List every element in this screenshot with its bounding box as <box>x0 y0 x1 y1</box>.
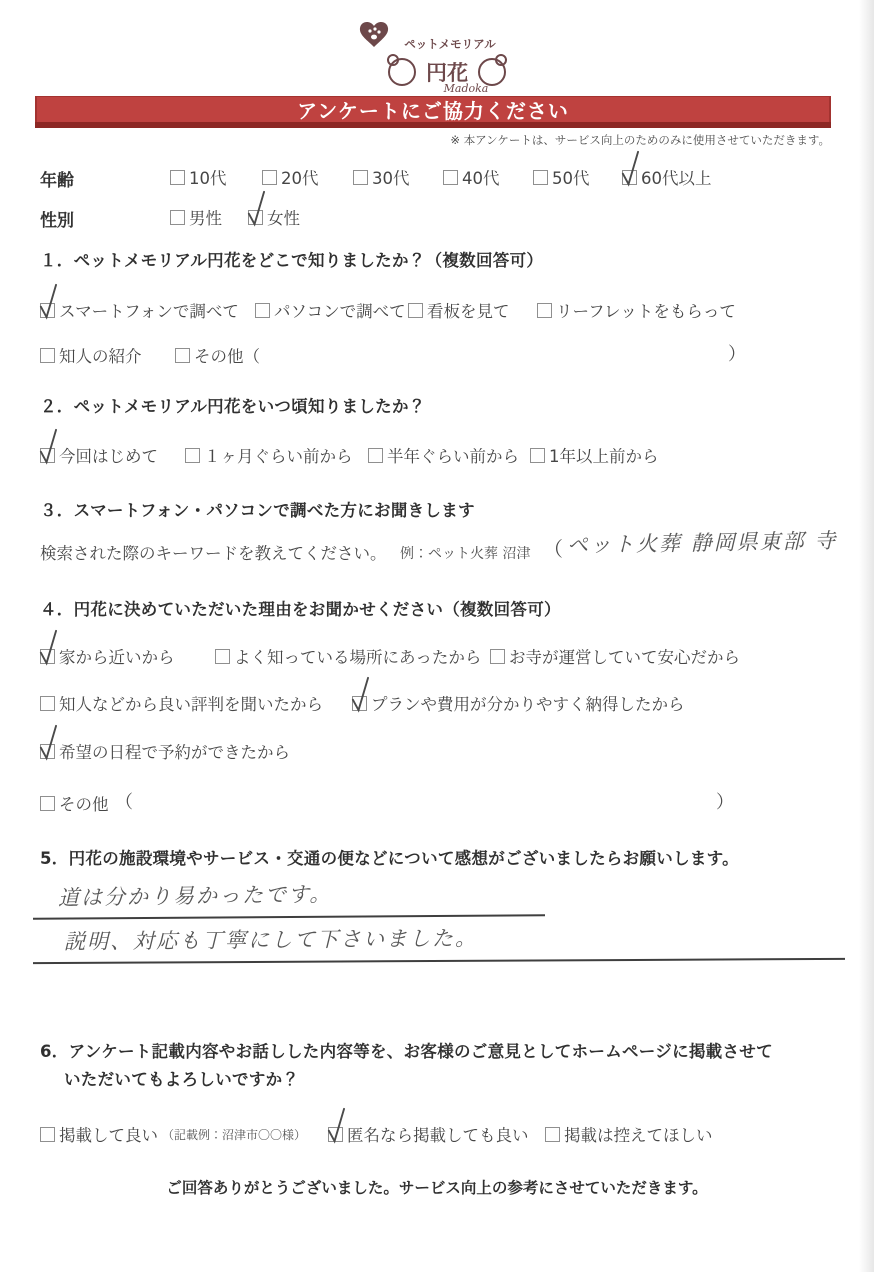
option-label: 匿名なら掲載しても良い <box>347 1122 529 1146</box>
q4-option-reputation[interactable]: 知人などから良い評判を聞いたから <box>40 691 323 715</box>
option-label: 看板を見て <box>427 298 510 322</box>
survey-title-banner: アンケートにご協力ください <box>35 96 831 128</box>
logo-brand-small: ペットメモリアル <box>404 37 496 51</box>
option-label: その他 <box>59 791 109 815</box>
option-label: 60代以上 <box>641 165 712 189</box>
checkmark-icon <box>36 723 59 761</box>
checkmark-icon <box>244 189 267 227</box>
heart-icon <box>360 22 388 47</box>
checkbox[interactable] <box>490 649 505 664</box>
q1-option-referral[interactable]: 知人の紹介 <box>40 343 142 367</box>
checkbox[interactable] <box>248 210 263 225</box>
option-label: 女性 <box>267 205 300 229</box>
q1-other-close-paren: ） <box>728 340 746 366</box>
q4-option-other[interactable]: その他 <box>40 791 109 815</box>
option-label: リーフレットをもらって <box>556 298 736 322</box>
option-label: 10代 <box>189 165 227 189</box>
logo-brand-script: Madoka <box>443 82 489 94</box>
q1-option-pc[interactable]: パソコンで調べて <box>255 298 406 322</box>
survey-page: ペットメモリアル 円花 Madoka アンケートにご協力ください ※ 本アンケー… <box>0 0 874 1272</box>
checkmark-icon <box>36 282 59 320</box>
q4-option-clear-pricing[interactable]: プランや費用が分かりやすく納得したから <box>352 691 685 715</box>
q1-option-signboard[interactable]: 看板を見て <box>408 298 510 322</box>
checkbox[interactable] <box>40 744 55 759</box>
age-option-60s-plus[interactable]: 60代以上 <box>622 165 712 189</box>
option-label: 30代 <box>372 165 410 189</box>
checkbox[interactable] <box>408 303 423 318</box>
checkbox[interactable] <box>530 448 545 463</box>
option-label: プランや費用が分かりやすく納得したから <box>371 691 685 715</box>
option-label: 20代 <box>281 165 319 189</box>
question-2-title: ２．ペットメモリアル円花をいつ頃知りましたか？ <box>40 393 426 417</box>
checkbox[interactable] <box>262 170 277 185</box>
checkbox[interactable] <box>40 1127 55 1142</box>
option-label: 50代 <box>552 165 590 189</box>
q2-option-1month[interactable]: １ヶ月ぐらい前から <box>185 443 353 467</box>
q3-open-paren: （ <box>543 533 563 562</box>
option-label: お寺が運営していて安心だから <box>509 644 740 668</box>
q3-prompt: 検索された際のキーワードを教えてください。 <box>40 540 387 564</box>
survey-title: アンケートにご協力ください <box>297 95 569 124</box>
checkbox[interactable] <box>175 348 190 363</box>
q4-option-near-home[interactable]: 家から近いから <box>40 644 175 668</box>
question-6-title-line2: いただいてもよろしいですか？ <box>64 1066 299 1090</box>
age-option-50s[interactable]: 50代 <box>533 165 590 189</box>
checkbox[interactable] <box>328 1127 343 1142</box>
option-label: スマートフォンで調べて <box>59 298 239 322</box>
checkbox[interactable] <box>215 649 230 664</box>
checkbox[interactable] <box>255 303 270 318</box>
option-label: 家から近いから <box>59 644 175 668</box>
checkbox[interactable] <box>545 1127 560 1142</box>
checkbox[interactable] <box>443 170 458 185</box>
question-6-title-line1: 6．アンケート記載内容やお話しした内容等を、お客様のご意見としてホームページに掲… <box>40 1038 773 1062</box>
q4-option-temple-run[interactable]: お寺が運営していて安心だから <box>490 644 740 668</box>
q4-option-preferred-date[interactable]: 希望の日程で予約ができたから <box>40 739 290 763</box>
option-label: 希望の日程で予約ができたから <box>59 739 290 763</box>
scan-edge-shadow <box>859 0 874 1272</box>
checkmark-icon <box>36 427 59 465</box>
checkbox[interactable] <box>185 448 200 463</box>
answer-line[interactable] <box>33 914 545 920</box>
age-option-40s[interactable]: 40代 <box>443 165 500 189</box>
option-label: 半年ぐらい前から <box>387 443 519 467</box>
option-label: その他（ <box>194 343 260 367</box>
option-label: 掲載は控えてほしい <box>564 1122 713 1146</box>
checkmark-icon <box>36 628 59 666</box>
option-label: 1年以上前から <box>549 443 659 467</box>
q5-handwritten-line-2[interactable]: 説明、対応も丁寧にして下さいました。 <box>64 922 478 956</box>
q4-other-close-paren: ） <box>716 788 734 814</box>
question-3-title: ３．スマートフォン・パソコンで調べた方にお聞きします <box>40 497 475 521</box>
madoka-logo: ペットメモリアル 円花 Madoka <box>352 18 522 94</box>
checkbox[interactable] <box>352 696 367 711</box>
question-5-title: 5．円花の施設環境やサービス・交通の便などについて感想がございましたらお願いしま… <box>40 845 739 869</box>
option-label: 40代 <box>462 165 500 189</box>
q6-option-publish-ok[interactable]: 掲載して良い （記載例：沼津市〇〇様） <box>40 1122 306 1146</box>
q1-option-other[interactable]: その他（ <box>175 343 260 367</box>
checkmark-icon <box>618 149 641 187</box>
option-label: パソコンで調べて <box>274 298 406 322</box>
age-label: 年齢 <box>40 166 74 191</box>
q4-option-known-place[interactable]: よく知っている場所にあったから <box>215 644 481 668</box>
checkbox[interactable] <box>537 303 552 318</box>
checkbox[interactable] <box>353 170 368 185</box>
option-label: 男性 <box>189 205 222 229</box>
q4-other-open-paren: （ <box>115 788 133 814</box>
gender-label: 性別 <box>40 206 74 231</box>
checkmark-icon <box>348 675 371 713</box>
checkmark-icon <box>324 1106 347 1144</box>
checkbox[interactable] <box>170 210 185 225</box>
q3-handwritten-answer[interactable]: ペット火葬 静岡県東部 寺 <box>567 525 838 560</box>
option-label: よく知っている場所にあったから <box>234 644 481 668</box>
option-label: 知人の紹介 <box>59 343 142 367</box>
checkbox[interactable] <box>40 796 55 811</box>
checkbox[interactable] <box>40 303 55 318</box>
gender-option-male[interactable]: 男性 <box>170 205 222 229</box>
question-4-title: ４．円花に決めていただいた理由をお聞かせください（複数回答可） <box>40 596 561 620</box>
checkbox[interactable] <box>622 170 637 185</box>
q6-publish-example-note: （記載例：沼津市〇〇様） <box>162 1126 306 1143</box>
checkbox[interactable] <box>170 170 185 185</box>
gender-option-female[interactable]: 女性 <box>248 205 300 229</box>
q5-handwritten-line-1[interactable]: 道は分かり易かったです。 <box>58 878 333 912</box>
q3-example: 例：ペット火葬 沼津 <box>400 543 530 563</box>
option-label: １ヶ月ぐらい前から <box>204 443 353 467</box>
q1-option-smartphone[interactable]: スマートフォンで調べて <box>40 298 239 322</box>
option-label: 今回はじめて <box>59 443 158 467</box>
q6-option-no-publish[interactable]: 掲載は控えてほしい <box>545 1122 713 1146</box>
checkbox[interactable] <box>40 696 55 711</box>
age-option-30s[interactable]: 30代 <box>353 165 410 189</box>
thank-you-message: ご回答ありがとうございました。サービス向上の参考にさせていただきます。 <box>0 1176 874 1198</box>
q2-option-1year-plus[interactable]: 1年以上前から <box>530 443 659 467</box>
checkbox[interactable] <box>368 448 383 463</box>
q2-option-half-year[interactable]: 半年ぐらい前から <box>368 443 519 467</box>
dog-left-icon <box>389 59 415 85</box>
option-label: 知人などから良い評判を聞いたから <box>59 691 323 715</box>
age-option-20s[interactable]: 20代 <box>262 165 319 189</box>
checkbox[interactable] <box>40 348 55 363</box>
q6-option-anonymous-ok[interactable]: 匿名なら掲載しても良い <box>328 1122 529 1146</box>
question-1-title: １．ペットメモリアル円花をどこで知りましたか？（複数回答可） <box>40 247 543 271</box>
purpose-note: ※ 本アンケートは、サービス向上のためのみに使用させていただきます。 <box>450 132 830 148</box>
option-label: 掲載して良い <box>59 1122 158 1146</box>
checkbox[interactable] <box>40 649 55 664</box>
checkbox[interactable] <box>533 170 548 185</box>
q2-option-first-time[interactable]: 今回はじめて <box>40 443 158 467</box>
age-option-10s[interactable]: 10代 <box>170 165 227 189</box>
q1-option-leaflet[interactable]: リーフレットをもらって <box>537 298 736 322</box>
answer-line[interactable] <box>33 958 845 964</box>
checkbox[interactable] <box>40 448 55 463</box>
